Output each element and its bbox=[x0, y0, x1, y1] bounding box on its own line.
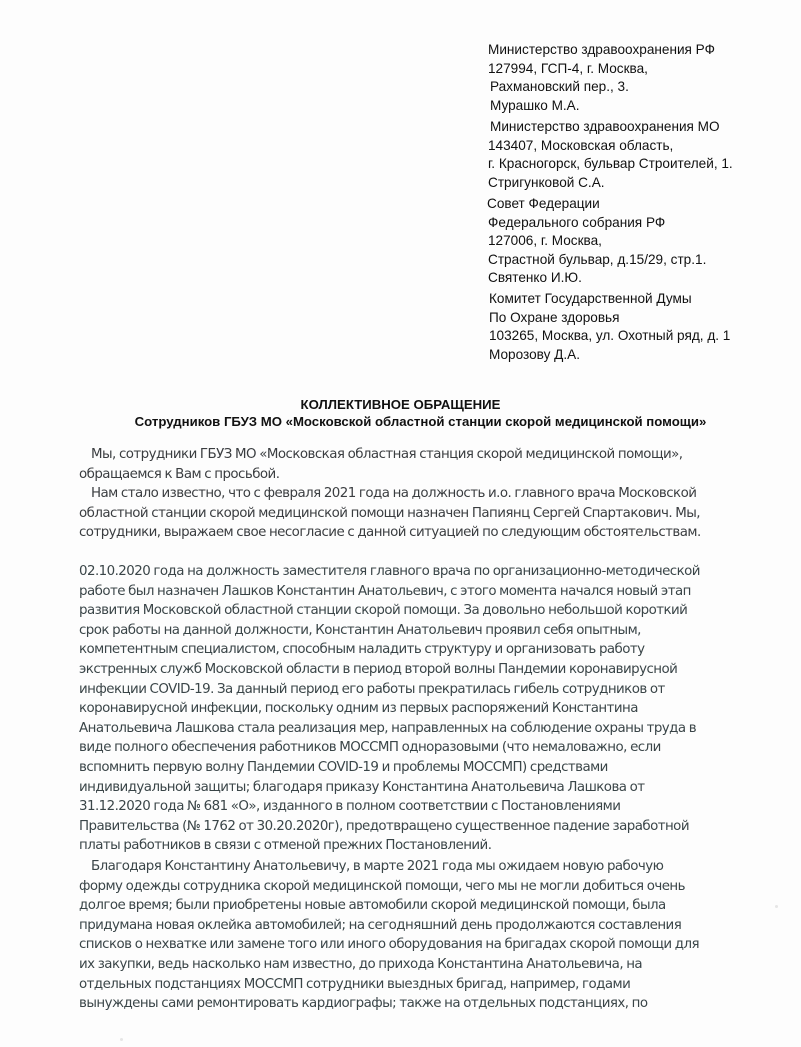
intro-paragraph: Мы, сотрудники ГБУЗ МО «Московская облас… bbox=[79, 445, 779, 543]
scan-speck bbox=[120, 1038, 123, 1041]
text-line: долгое время; были приобретены новые авт… bbox=[79, 896, 779, 916]
text-line: сотрудники, выражаем свое несогласие с д… bbox=[79, 523, 779, 543]
text-line: форму одежды сотрудника скорой медицинск… bbox=[79, 877, 779, 897]
text-line: 31.12.2020 года № 681 «О», изданного в п… bbox=[79, 797, 779, 817]
title-subheading: Сотрудников ГБУЗ МО «Московской областно… bbox=[0, 413, 801, 430]
addressee-line: Морозову Д.А. bbox=[489, 346, 730, 365]
addressee-line: Министерство здравоохранения МО bbox=[488, 118, 733, 137]
addressee-line: 143407, Московская область, bbox=[488, 137, 733, 156]
text-line: вспомнить первую волну Пандемии COVID-19… bbox=[79, 758, 779, 778]
paragraph-lashkov-appointment: 02.10.2020 года на должность заместителя… bbox=[79, 562, 779, 856]
text-line: обращаемся к Вам с просьбой. bbox=[79, 465, 779, 485]
addressee-line: Святенко И.Ю. bbox=[487, 269, 706, 288]
text-line: Благодаря Константину Анатольевичу, в ма… bbox=[79, 857, 779, 877]
text-line: виде полного обеспечения работников МОСС… bbox=[79, 738, 779, 758]
addressee-ministry-health-mo: Министерство здравоохранения МО 143407, … bbox=[488, 118, 733, 192]
text-line: коронавирусной инфекции, поскольку одним… bbox=[79, 699, 779, 719]
text-line: компетентным специалистом, способным нал… bbox=[79, 640, 779, 660]
text-line: платы работников в связи с отменой прежн… bbox=[79, 836, 779, 856]
text-line: Нам стало известно, что с февраля 2021 г… bbox=[79, 484, 779, 504]
text-line: срок работы на данной должности, Констан… bbox=[79, 621, 779, 641]
text-line: индивидуальной защиты; благодаря приказу… bbox=[79, 778, 779, 798]
document-page: Министерство здравоохранения РФ 127994, … bbox=[0, 0, 801, 1047]
text-line: списков о нехватке или замене того или и… bbox=[79, 935, 779, 955]
addressee-line: По Охране здоровья bbox=[489, 309, 730, 328]
document-title: КОЛЛЕКТИВНОЕ ОБРАЩЕНИЕ Сотрудников ГБУЗ … bbox=[0, 396, 801, 430]
text-line: областной станции скорой медицинской пом… bbox=[79, 504, 779, 524]
text-line: отдельных подстанциях МОССМП сотрудники … bbox=[79, 975, 779, 995]
addressee-line: Стригунковой С.А. bbox=[488, 174, 733, 193]
text-line: их закупки, ведь насколько нам известно,… bbox=[79, 955, 779, 975]
text-line: экстренных служб Московской области в пе… bbox=[79, 660, 779, 680]
addressee-duma-committee: Комитет Государственной Думы По Охране з… bbox=[489, 290, 730, 364]
addressee-line: Министерство здравоохранения РФ bbox=[488, 41, 715, 60]
addressee-line: 103265, Москва, ул. Охотный ряд, д. 1 bbox=[489, 327, 730, 346]
addressee-line: г. Красногорск, бульвар Строителей, 1. bbox=[488, 155, 733, 174]
addressee-line: Страстной бульвар, д.15/29, стр.1. bbox=[487, 251, 706, 270]
addressee-line: Федерального собрания РФ bbox=[487, 214, 706, 233]
text-line: придумана новая оклейка автомобилей; на … bbox=[79, 916, 779, 936]
addressee-ministry-health-rf: Министерство здравоохранения РФ 127994, … bbox=[488, 41, 715, 115]
paragraph-achievements: Благодаря Константину Анатольевичу, в ма… bbox=[79, 857, 779, 1014]
addressee-line: 127994, ГСП-4, г. Москва, bbox=[488, 60, 715, 79]
text-line: развития Московской областной станции ск… bbox=[79, 601, 779, 621]
addressee-federation-council: Совет Федерации Федерального собрания РФ… bbox=[487, 195, 706, 288]
text-line: 02.10.2020 года на должность заместителя… bbox=[79, 562, 779, 582]
text-line: работе был назначен Лашков Константин Ан… bbox=[79, 582, 779, 602]
text-line: Правительства (№ 1762 от 30.20.2020г), п… bbox=[79, 817, 779, 837]
text-line: Анатольевича Лашкова стала реализация ме… bbox=[79, 719, 779, 739]
text-line: инфекции COVID-19. За данный период его … bbox=[79, 680, 779, 700]
addressee-line: Комитет Государственной Думы bbox=[489, 290, 730, 309]
text-line: Мы, сотрудники ГБУЗ МО «Московская облас… bbox=[79, 445, 779, 465]
addressee-line: 127006, г. Москва, bbox=[487, 232, 706, 251]
scan-speck bbox=[775, 905, 778, 908]
addressee-line: Рахмановский пер., 3. bbox=[488, 78, 715, 97]
addressee-line: Мурашко М.А. bbox=[488, 97, 715, 116]
text-line: вынуждены сами ремонтировать кардиографы… bbox=[79, 994, 779, 1014]
title-heading: КОЛЛЕКТИВНОЕ ОБРАЩЕНИЕ bbox=[0, 396, 801, 413]
addressee-line: Совет Федерации bbox=[487, 195, 706, 214]
